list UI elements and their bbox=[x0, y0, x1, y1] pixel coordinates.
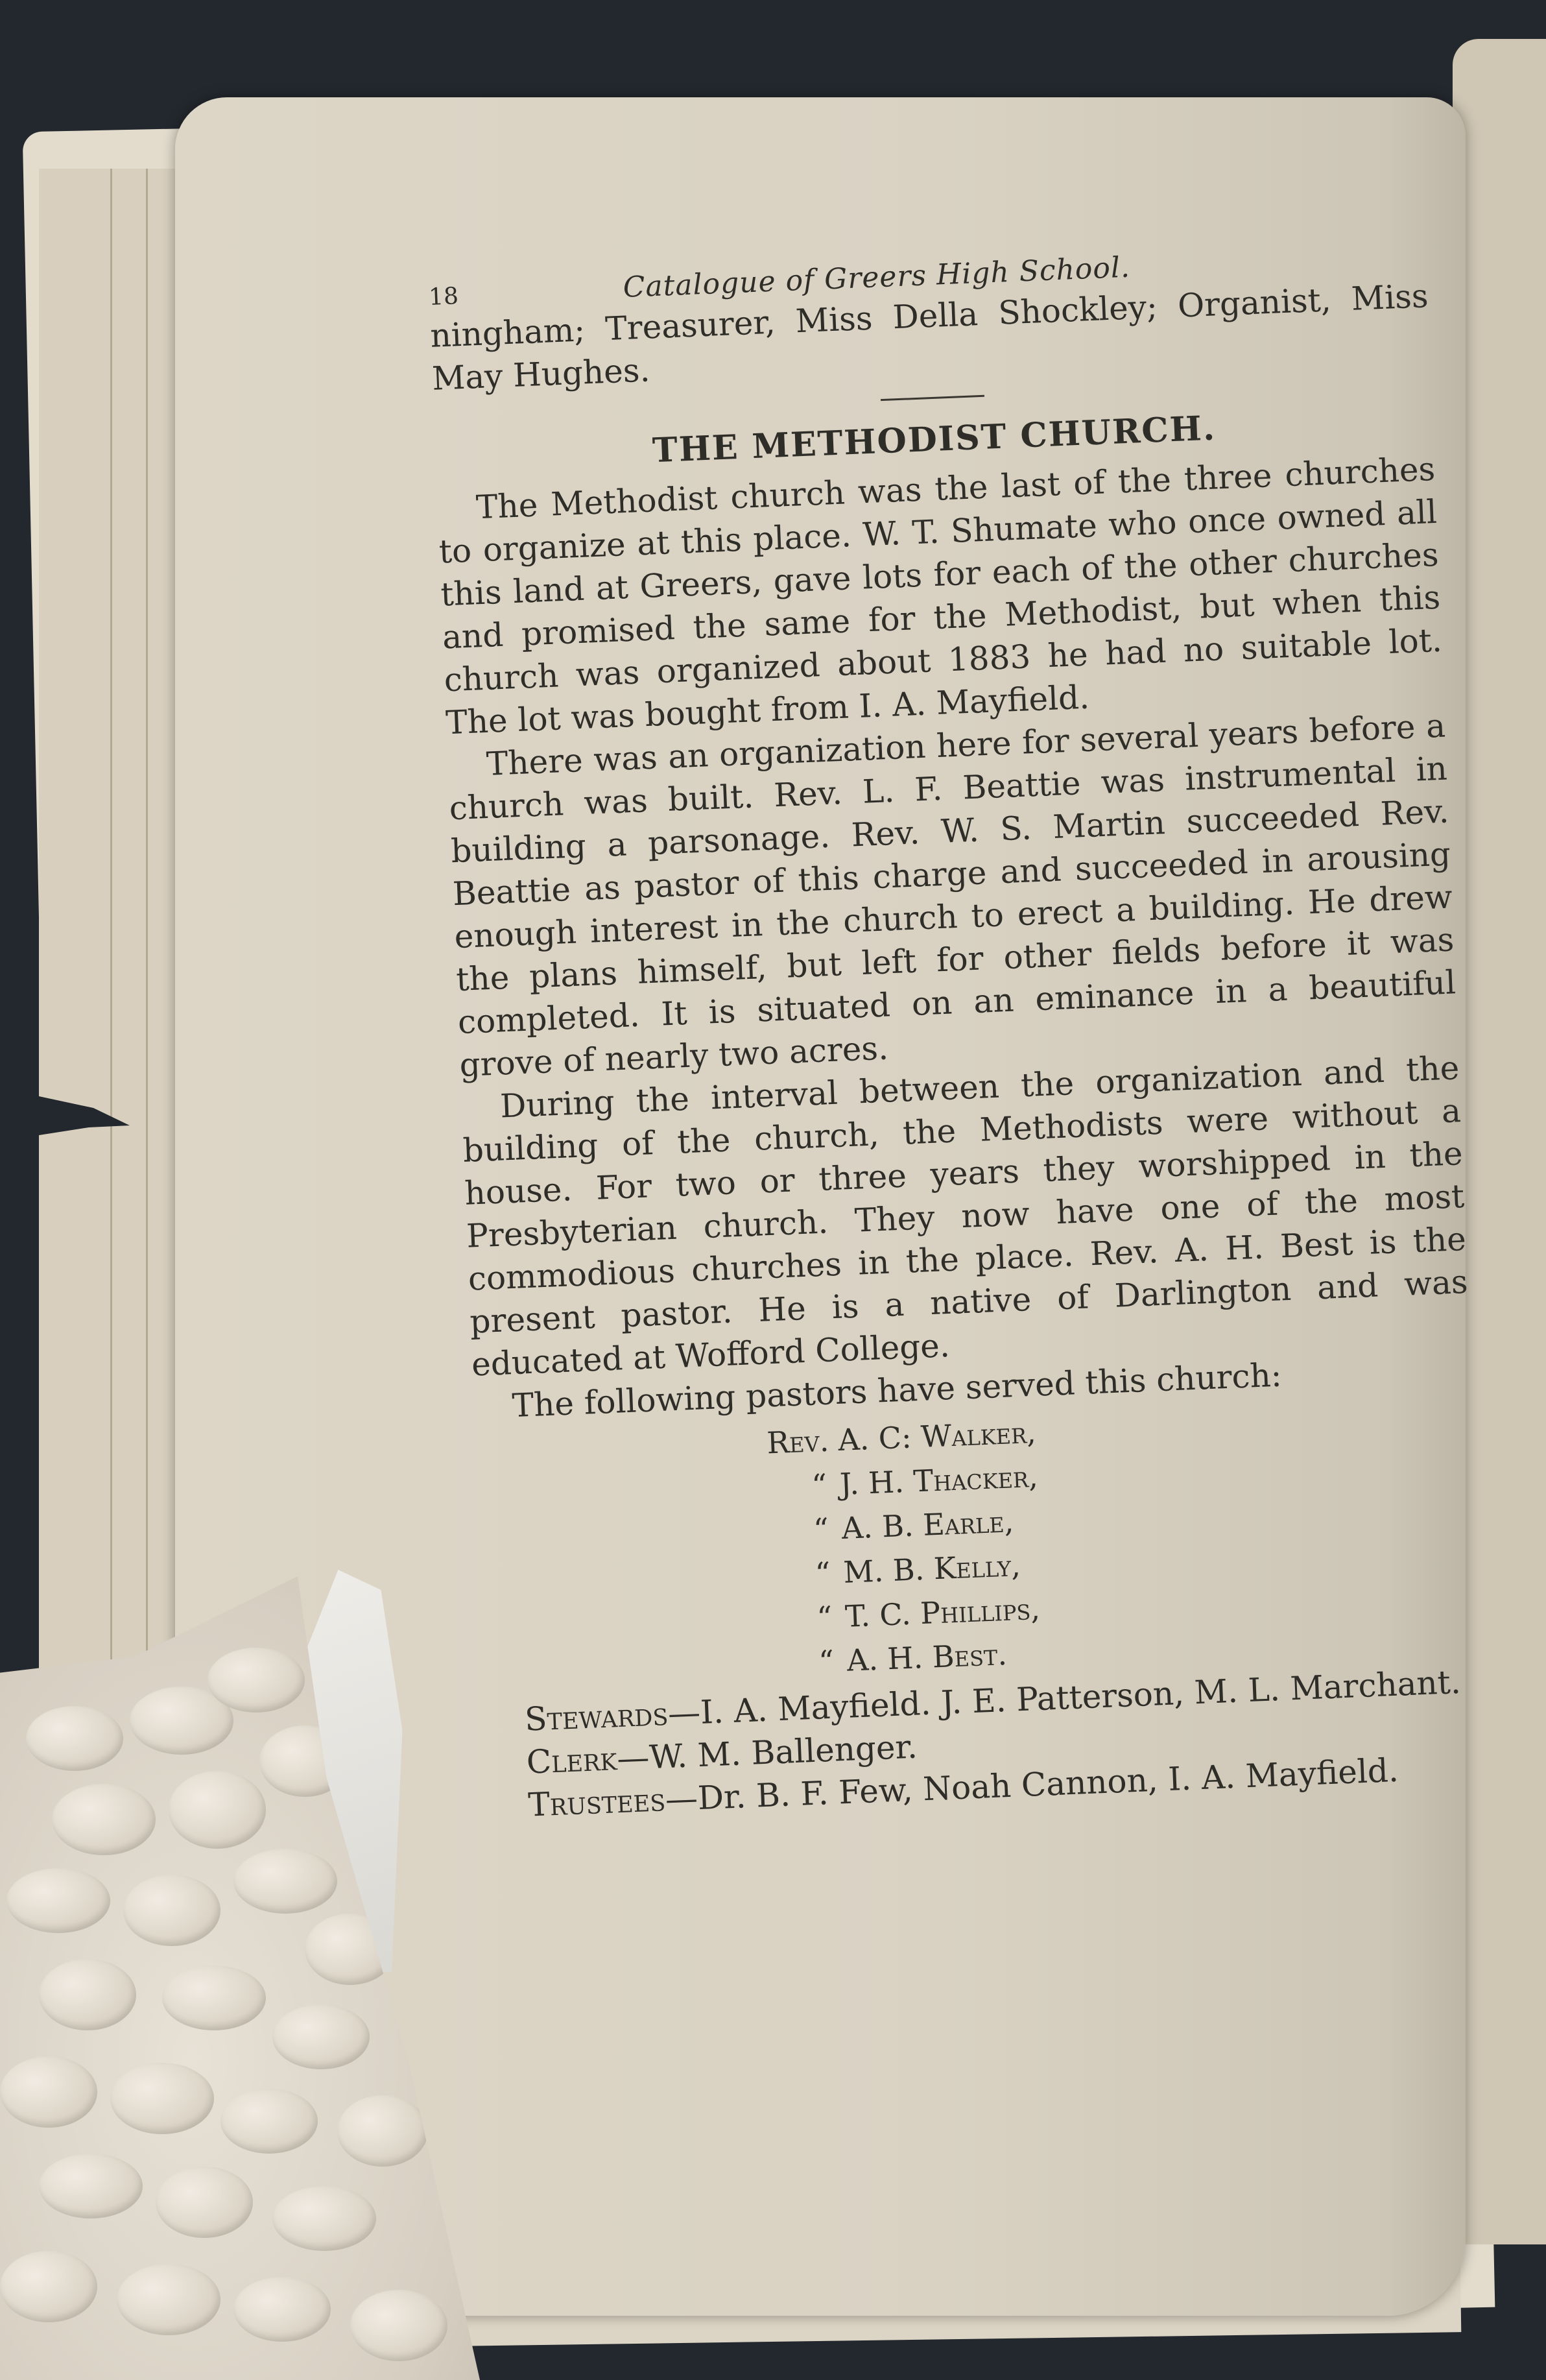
stewards-label: Stewards bbox=[524, 1695, 669, 1738]
pastor-prefix: Rev. bbox=[766, 1418, 839, 1465]
facing-page-edge bbox=[1453, 39, 1546, 2244]
paragraph: During the interval between the organiza… bbox=[460, 1046, 1470, 1386]
bean bbox=[123, 1875, 220, 1946]
bean bbox=[272, 2186, 376, 2251]
ditto-mark: “ bbox=[768, 1462, 841, 1509]
page-text: 18 Catalogue of Greers High School. ning… bbox=[428, 239, 1488, 1828]
paragraph: There was an organization here for sever… bbox=[447, 704, 1458, 1087]
paragraph: The Methodist church was the last of the… bbox=[436, 448, 1445, 744]
pastor-name: M. B. Kelly, bbox=[842, 1543, 1021, 1594]
pastor-name: A. C: Walker, bbox=[837, 1410, 1037, 1462]
bean bbox=[39, 1959, 136, 2030]
pastor-name: J. H. Thacker, bbox=[839, 1454, 1039, 1506]
bean bbox=[233, 1849, 337, 1914]
clerk-label: Clerk bbox=[526, 1740, 618, 1781]
ditto-mark: “ bbox=[771, 1550, 844, 1597]
bean bbox=[52, 1784, 156, 1855]
pastor-name: A. B. Earle, bbox=[840, 1499, 1014, 1550]
bean bbox=[117, 2264, 220, 2335]
bean bbox=[6, 1868, 110, 1933]
ditto-mark: “ bbox=[773, 1594, 846, 1641]
ditto-mark: “ bbox=[775, 1639, 848, 1685]
bean bbox=[233, 2277, 331, 2342]
bean bbox=[169, 1771, 266, 1849]
bean bbox=[39, 2154, 143, 2218]
bean bbox=[350, 2290, 447, 2361]
pastor-name: T. C. Phillips, bbox=[844, 1587, 1041, 1639]
bean bbox=[26, 1706, 123, 1771]
bean bbox=[208, 1648, 305, 1713]
page-number: 18 bbox=[428, 276, 623, 311]
trustees-label: Trustees bbox=[527, 1781, 666, 1823]
pastor-list: Rev. A. C: Walker, “ J. H. Thacker, “ A.… bbox=[766, 1393, 1482, 1685]
bean bbox=[162, 1965, 266, 2030]
section-divider bbox=[881, 395, 984, 401]
bean bbox=[156, 2167, 253, 2238]
bean bbox=[110, 2063, 214, 2134]
bean bbox=[337, 2095, 428, 2167]
bean bbox=[272, 2004, 370, 2069]
ditto-mark: “ bbox=[770, 1506, 843, 1553]
bean bbox=[0, 2251, 97, 2322]
bean bbox=[0, 2056, 97, 2128]
bean bbox=[220, 2089, 318, 2154]
pastor-name: A. H. Best. bbox=[846, 1632, 1008, 1683]
